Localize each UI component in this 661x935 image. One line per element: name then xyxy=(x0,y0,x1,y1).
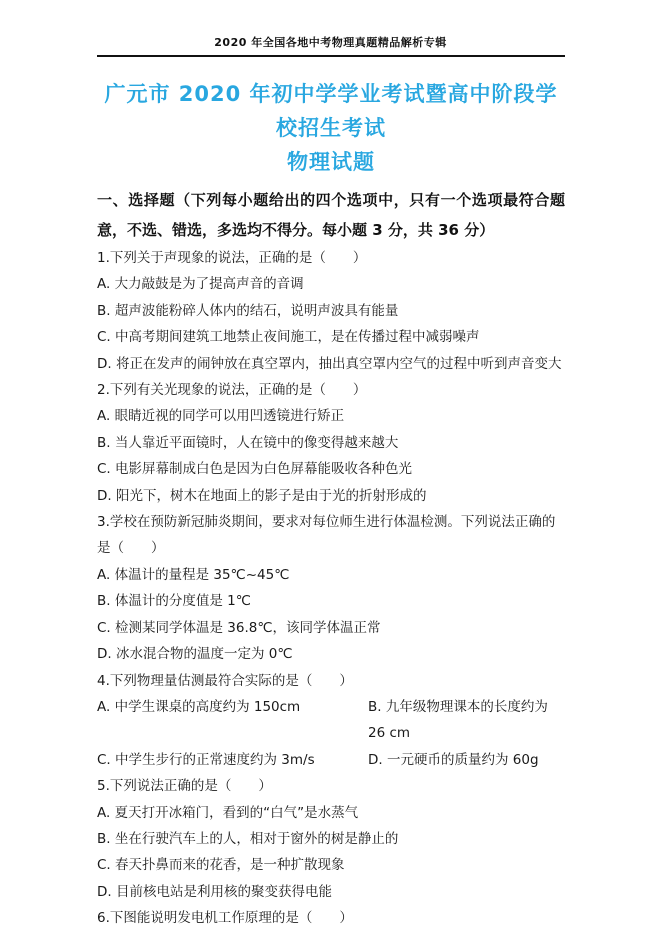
question-2-option-a: A. 眼睛近视的同学可以用凹透镜进行矫正 xyxy=(97,403,565,429)
question-4-stem: 4.下列物理量估测最符合实际的是（ ） xyxy=(97,668,565,694)
question-4: 4.下列物理量估测最符合实际的是（ ） A. 中学生课桌的高度约为 150cm … xyxy=(97,668,565,774)
question-1-option-d: D. 将正在发声的闹钟放在真空罩内，抽出真空罩内空气的过程中听到声音变大 xyxy=(97,351,565,377)
question-2: 2.下列有关光现象的说法，正确的是（ ） A. 眼睛近视的同学可以用凹透镜进行矫… xyxy=(97,377,565,509)
question-1-stem: 1.下列关于声现象的说法，正确的是（ ） xyxy=(97,245,565,271)
page-title-line-1: 广元市 2020 年初中学学业考试暨高中阶段学校招生考试 xyxy=(97,77,565,145)
question-3-stem: 3.学校在预防新冠肺炎期间，要求对每位师生进行体温检测。下列说法正确的是（ ） xyxy=(97,509,565,562)
page-title-line-2: 物理试题 xyxy=(97,145,565,179)
question-6-stem: 6.下图能说明发电机工作原理的是（ ） xyxy=(97,905,565,931)
question-4-option-d: D. 一元硬币的质量约为 60g xyxy=(368,747,565,773)
question-3-option-b: B. 体温计的分度值是 1℃ xyxy=(97,588,565,614)
question-5-option-c: C. 春天扑鼻而来的花香，是一种扩散现象 xyxy=(97,852,565,878)
question-2-option-d: D. 阳光下，树木在地面上的影子是由于光的折射形成的 xyxy=(97,483,565,509)
question-5-option-d: D. 目前核电站是利用核的聚变获得电能 xyxy=(97,879,565,905)
question-5: 5.下列说法正确的是（ ） A. 夏天打开冰箱门，看到的“白气”是水蒸气 B. … xyxy=(97,773,565,905)
question-3-option-c: C. 检测某同学体温是 36.8℃，该同学体温正常 xyxy=(97,615,565,641)
header-divider xyxy=(97,55,565,57)
question-6: 6.下图能说明发电机工作原理的是（ ） xyxy=(97,905,565,931)
question-4-option-a: A. 中学生课桌的高度约为 150cm xyxy=(97,694,368,747)
document-header: 2020 年全国各地中考物理真题精品解析专辑 xyxy=(0,0,661,50)
question-3-option-d: D. 冰水混合物的温度一定为 0℃ xyxy=(97,641,565,667)
question-1-option-b: B. 超声波能粉碎人体内的结石，说明声波具有能量 xyxy=(97,298,565,324)
question-4-option-row-2: C. 中学生步行的正常速度约为 3m/s D. 一元硬币的质量约为 60g xyxy=(97,747,565,773)
question-1-option-c: C. 中高考期间建筑工地禁止夜间施工，是在传播过程中减弱噪声 xyxy=(97,324,565,350)
question-5-stem: 5.下列说法正确的是（ ） xyxy=(97,773,565,799)
question-4-option-b: B. 九年级物理课本的长度约为 26 cm xyxy=(368,694,565,747)
question-1-option-a: A. 大力敲鼓是为了提高声音的音调 xyxy=(97,271,565,297)
page-title: 广元市 2020 年初中学学业考试暨高中阶段学校招生考试 物理试题 xyxy=(97,77,565,179)
question-2-option-c: C. 电影屏幕制成白色是因为白色屏幕能吸收各种色光 xyxy=(97,456,565,482)
question-5-option-a: A. 夏天打开冰箱门，看到的“白气”是水蒸气 xyxy=(97,800,565,826)
question-5-option-b: B. 坐在行驶汽车上的人，相对于窗外的树是静止的 xyxy=(97,826,565,852)
question-2-stem: 2.下列有关光现象的说法，正确的是（ ） xyxy=(97,377,565,403)
question-4-option-row-1: A. 中学生课桌的高度约为 150cm B. 九年级物理课本的长度约为 26 c… xyxy=(97,694,565,747)
question-3-option-a: A. 体温计的量程是 35℃~45℃ xyxy=(97,562,565,588)
question-2-option-b: B. 当人靠近平面镜时，人在镜中的像变得越来越大 xyxy=(97,430,565,456)
document-content: 广元市 2020 年初中学学业考试暨高中阶段学校招生考试 物理试题 一、选择题（… xyxy=(97,77,565,932)
section-heading: 一、选择题（下列每小题给出的四个选项中，只有一个选项最符合题意，不选、错选，多选… xyxy=(97,185,565,245)
question-4-option-c: C. 中学生步行的正常速度约为 3m/s xyxy=(97,747,368,773)
question-1: 1.下列关于声现象的说法，正确的是（ ） A. 大力敲鼓是为了提高声音的音调 B… xyxy=(97,245,565,377)
question-3: 3.学校在预防新冠肺炎期间，要求对每位师生进行体温检测。下列说法正确的是（ ） … xyxy=(97,509,565,667)
exam-document-page: 2020 年全国各地中考物理真题精品解析专辑 广元市 2020 年初中学学业考试… xyxy=(0,0,661,935)
